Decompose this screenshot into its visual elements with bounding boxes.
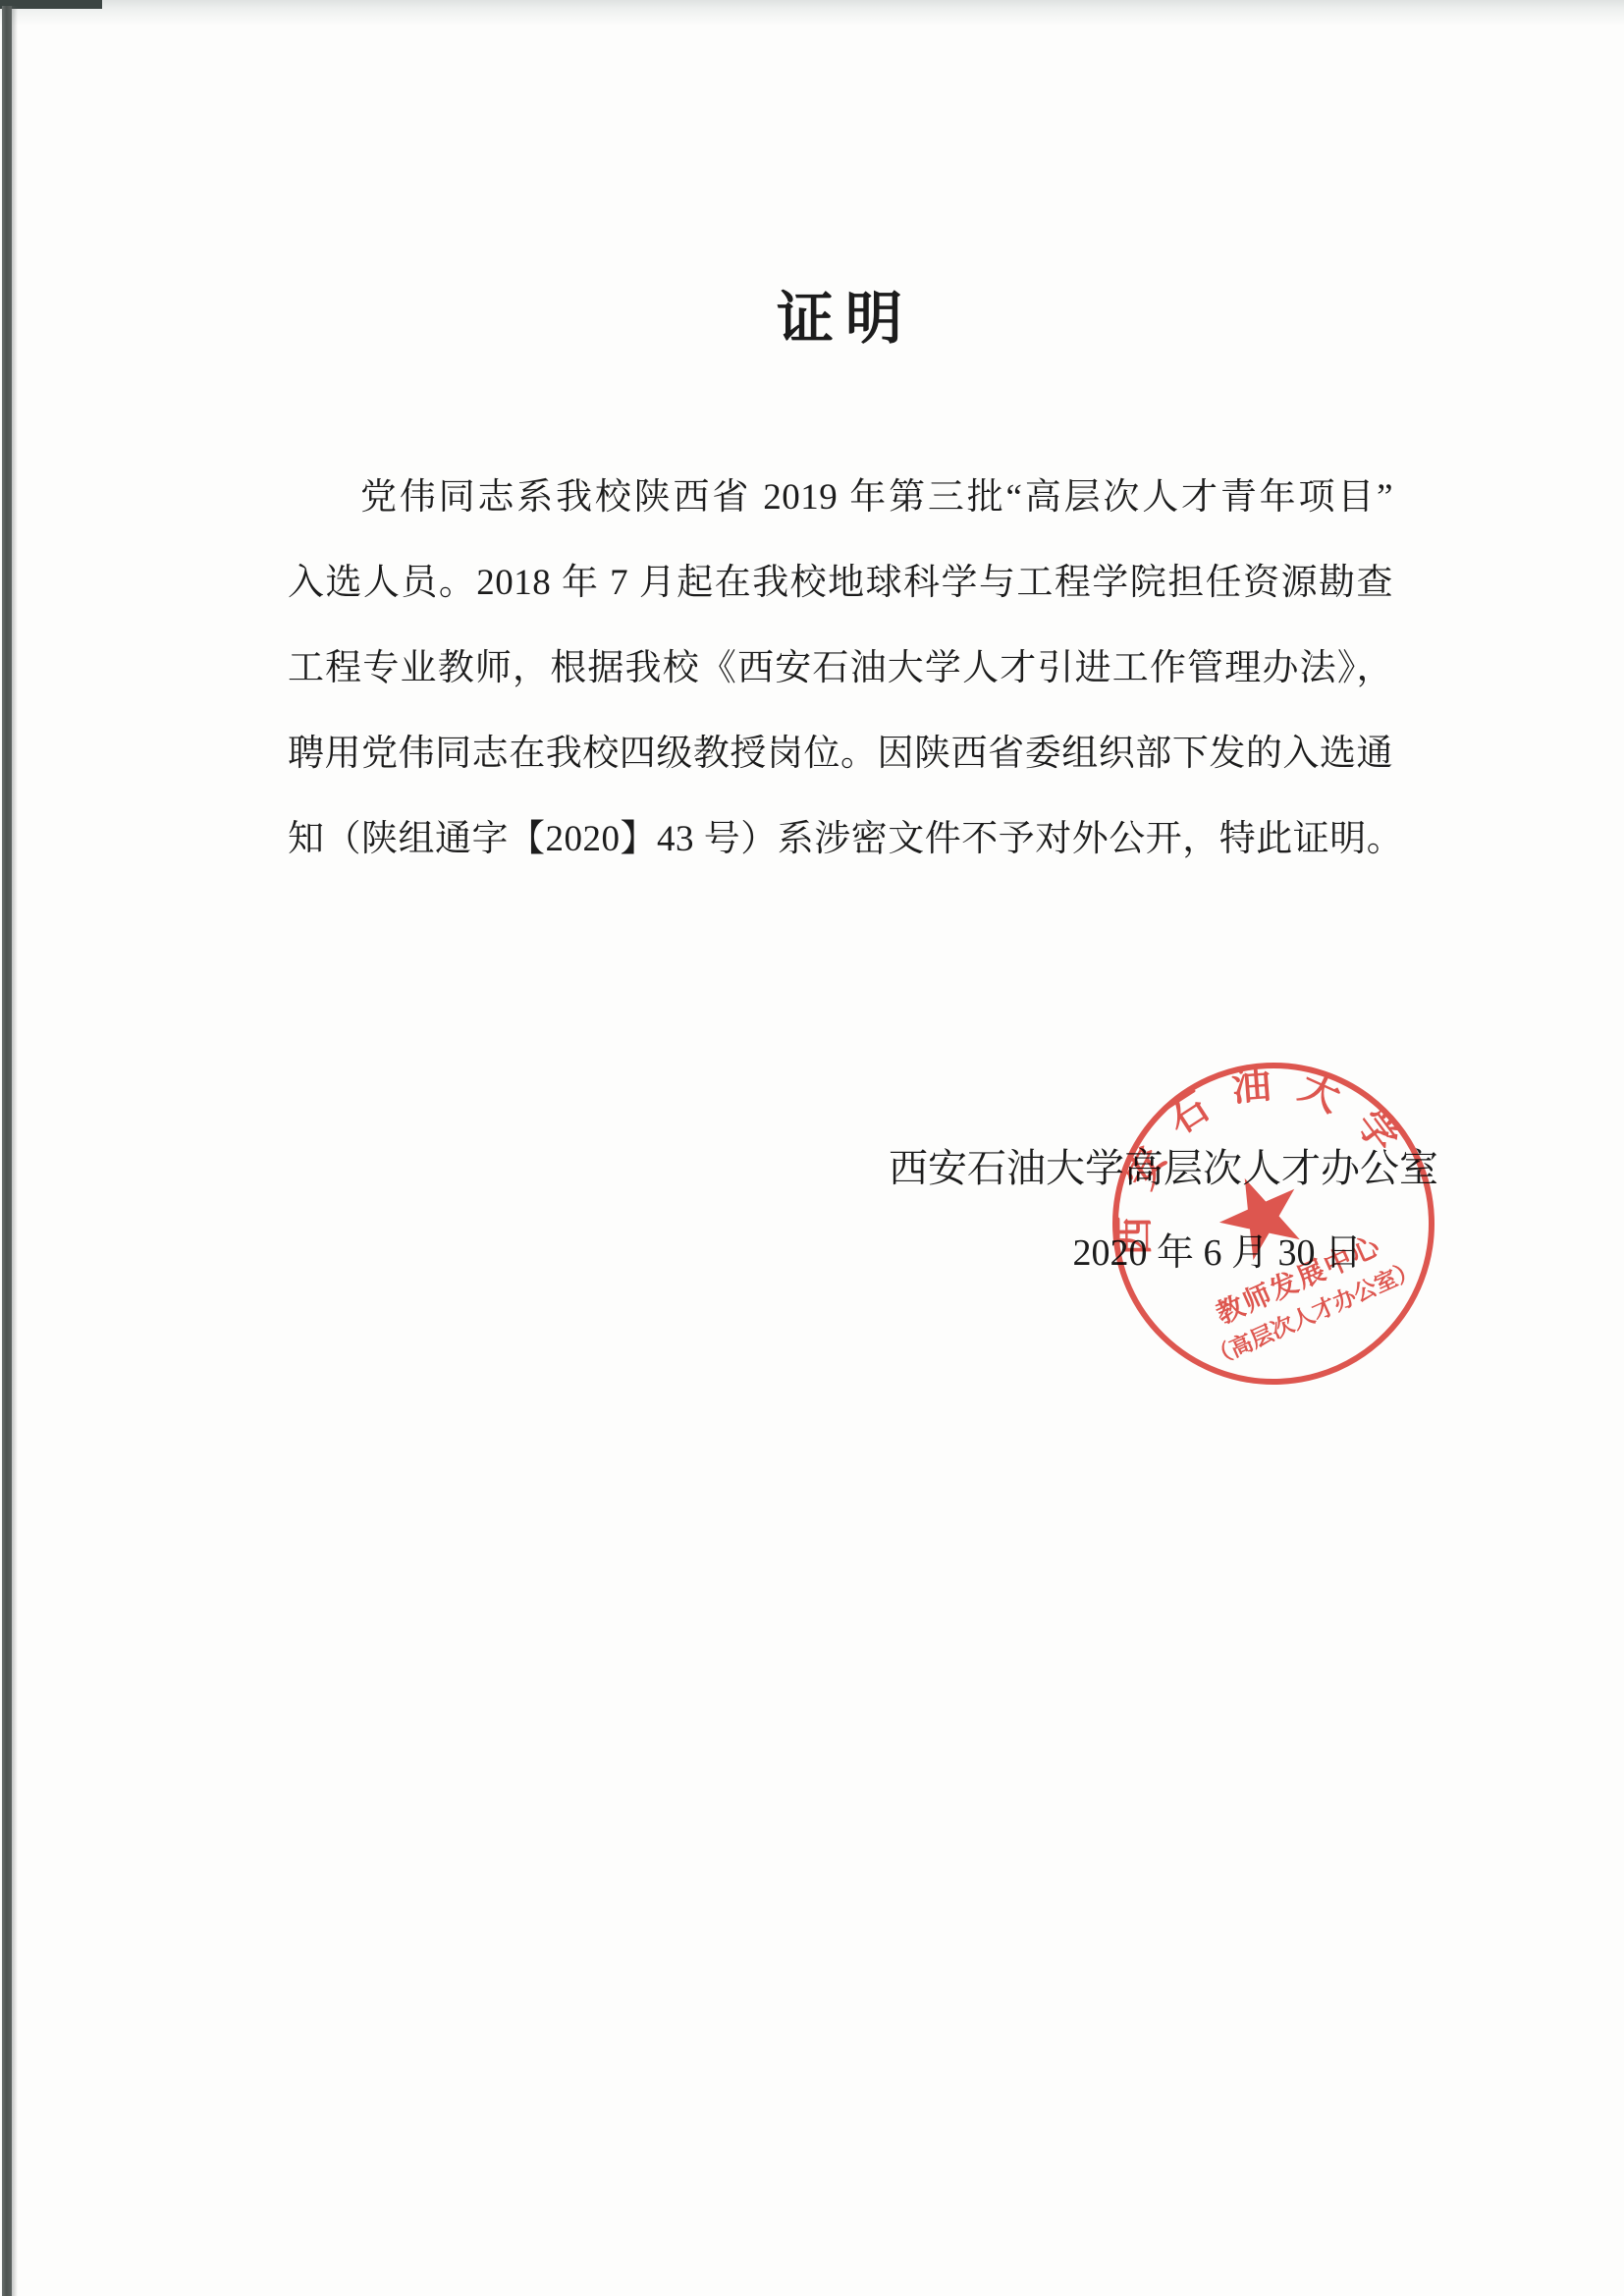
paragraph-line: 知（陕组通字【2020】43 号）系涉密文件不予对外公开，特此证明。 — [288, 796, 1393, 882]
paragraph-line: 聘用党伟同志在我校四级教授岗位。因陕西省委组织部下发的入选通 — [288, 711, 1393, 796]
document-title: 证明 — [288, 288, 1391, 351]
scan-edge-left-shadow — [12, 6, 18, 2296]
official-seal-stamp: 西安石油大学 教师发展中心 （高层次人才办公室） — [1097, 1047, 1450, 1400]
paragraph-line: 入选人员。2018 年 7 月起在我校地球科学与工程学院担任资源勘查 — [288, 540, 1393, 626]
document-body: 党伟同志系我校陕西省 2019 年第三批“高层次人才青年项目” 入选人员。201… — [288, 455, 1393, 882]
scanned-certificate-page: 证明 党伟同志系我校陕西省 2019 年第三批“高层次人才青年项目” 入选人员。… — [0, 0, 1624, 2296]
paragraph-line: 工程专业教师，根据我校《西安石油大学人才引进工作管理办法》， — [288, 626, 1393, 711]
paragraph-line: 党伟同志系我校陕西省 2019 年第三批“高层次人才青年项目” — [288, 455, 1393, 540]
star-icon — [1208, 1162, 1315, 1267]
scan-edge-top — [0, 0, 1624, 26]
scan-edge-left — [2, 6, 12, 2296]
